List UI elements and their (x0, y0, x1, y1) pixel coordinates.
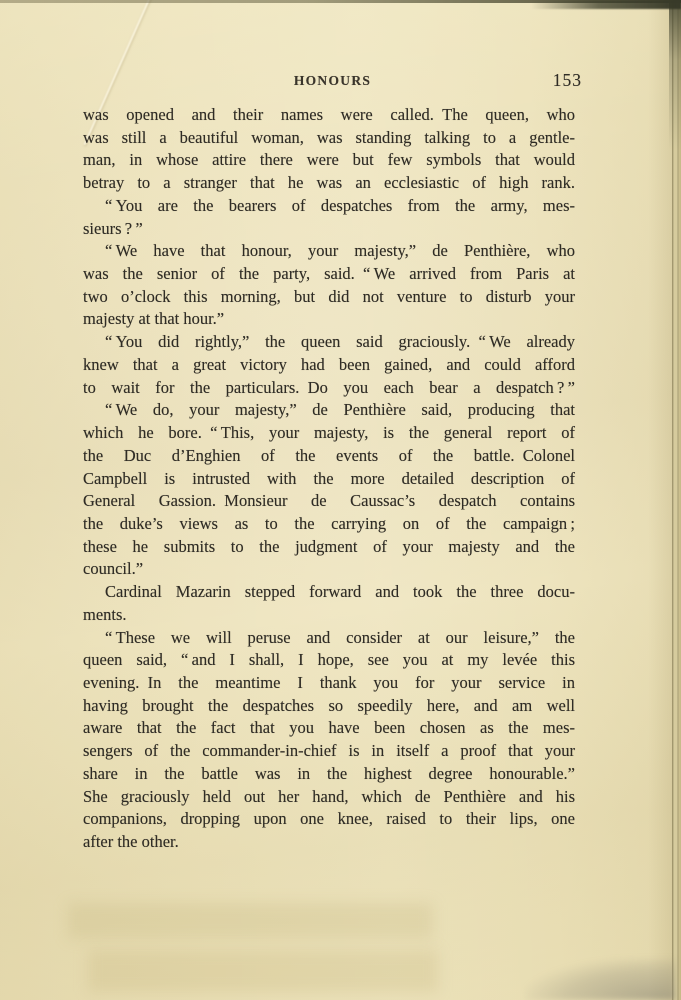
text-line: having brought the despatches so speedil… (83, 695, 575, 718)
text-line: “ You did rightly,” the queen said graci… (83, 331, 575, 354)
text-line: ments. (83, 604, 575, 627)
text-line: evening. In the meantime I thank you for… (83, 672, 575, 695)
paragraph: “ We have that honour, your majesty,” de… (83, 240, 575, 331)
text-line: “ You are the bearers of despatches from… (83, 195, 575, 218)
page-body: was opened and their names were called. … (83, 104, 575, 854)
text-line: Campbell is intrusted with the more deta… (83, 468, 575, 491)
paragraph: Cardinal Mazarin stepped forward and too… (83, 581, 575, 626)
running-header-title: HONOURS (83, 73, 582, 89)
page-number: 153 (553, 70, 582, 91)
paragraph: “ We do, your majesty,” de Penthière sai… (83, 399, 575, 581)
text-line: the duke’s views as to the carrying on o… (83, 513, 575, 536)
bottom-shadow-band (68, 903, 433, 939)
scanned-book-page: HONOURS 153 was opened and their names w… (0, 0, 681, 1000)
text-line: majesty at that hour.” (83, 308, 575, 331)
text-line: General Gassion. Monsieur de Caussac’s d… (83, 490, 575, 513)
text-line: “ We have that honour, your majesty,” de… (83, 240, 575, 263)
text-line: queen said, “ and I shall, I hope, see y… (83, 649, 575, 672)
page-header: HONOURS 153 (83, 73, 582, 93)
text-line: was still a beautiful woman, was standin… (83, 127, 575, 150)
text-line: two o’clock this morning, but did not ve… (83, 286, 575, 309)
text-line: these he submits to the judgment of your… (83, 536, 575, 559)
page-stack-edge-dark-top (669, 0, 681, 150)
text-line: was the senior of the party, said. “ We … (83, 263, 575, 286)
text-line: aware that the fact that you have been c… (83, 717, 575, 740)
bottom-shadow-band (88, 950, 438, 992)
text-line: council.” (83, 558, 575, 581)
text-line: share in the battle was in the highest d… (83, 763, 575, 786)
text-line: “ These we will peruse and consider at o… (83, 627, 575, 650)
text-line: after the other. (83, 831, 575, 854)
bottom-right-corner-shadow (525, 958, 675, 1000)
text-line: Cardinal Mazarin stepped forward and too… (83, 581, 575, 604)
paragraph: “ You did rightly,” the queen said graci… (83, 331, 575, 399)
text-line: “ We do, your majesty,” de Penthière sai… (83, 399, 575, 422)
text-line: which he bore. “ This, your majesty, is … (83, 422, 575, 445)
text-line: sengers of the commander-in-chief is in … (83, 740, 575, 763)
text-line: was opened and their names were called. … (83, 104, 575, 127)
text-line: sieurs ? ” (83, 218, 575, 241)
page-right-shading (648, 0, 672, 1000)
paragraph: “ You are the bearers of despatches from… (83, 195, 575, 240)
page-stack-edge (672, 0, 681, 1000)
text-line: She graciously held out her hand, which … (83, 786, 575, 809)
text-line: companions, dropping upon one knee, rais… (83, 808, 575, 831)
text-line: the Duc d’Enghien of the events of the b… (83, 445, 575, 468)
scan-top-right-edge (531, 0, 681, 9)
paragraph: was opened and their names were called. … (83, 104, 575, 195)
paragraph: “ These we will peruse and consider at o… (83, 627, 575, 854)
text-line: man, in whose attire there were but few … (83, 149, 575, 172)
text-line: betray to a stranger that he was an eccl… (83, 172, 575, 195)
text-line: knew that a great victory had been gaine… (83, 354, 575, 377)
text-line: to wait for the particulars. Do you each… (83, 377, 575, 400)
